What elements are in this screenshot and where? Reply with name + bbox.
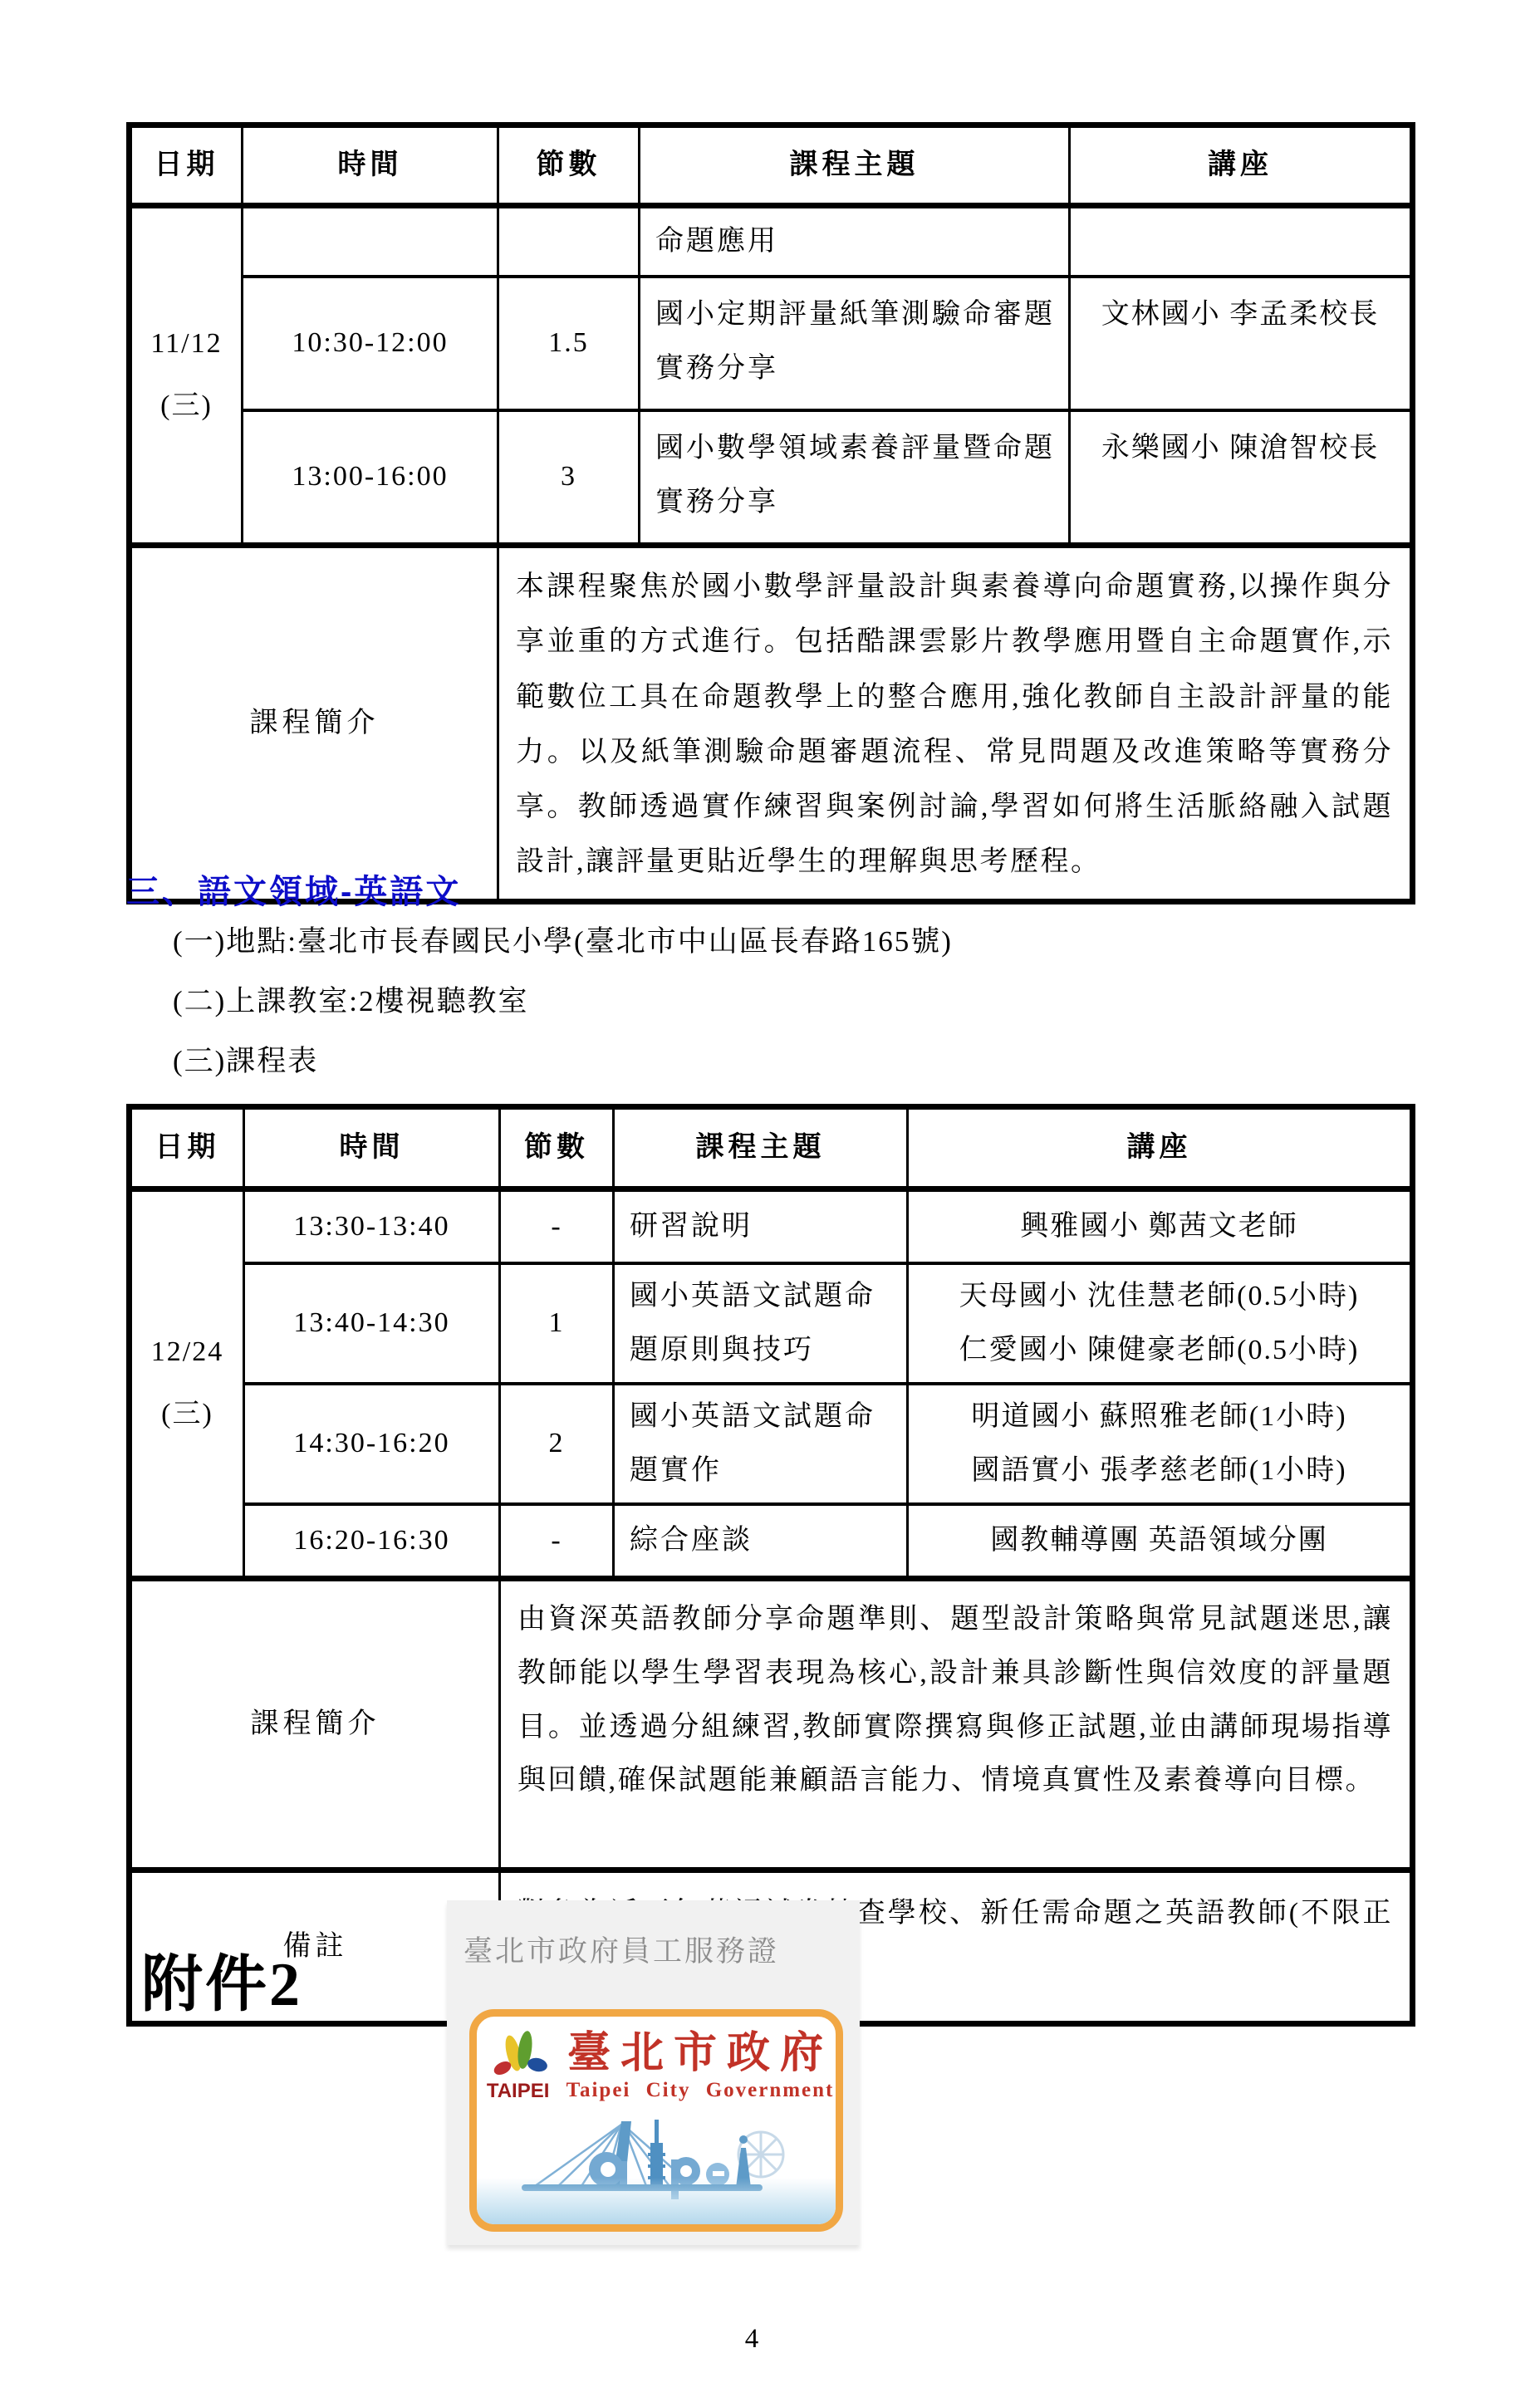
t1-topic-cell: 命題應用 [640,206,1070,277]
table-header-row: 日期 時間 節數 課程主題 講座 [130,1107,1413,1189]
card-title-english: Taipei City Government [566,2079,835,2102]
t1-intro-label: 課程簡介 [130,546,498,902]
table-row: 14:30-16:20 2 國小英語文試題命題實作 明道國小 蘇照雅老師(1小時… [130,1384,1413,1504]
t2-time-cell: 16:20-16:30 [244,1504,500,1579]
t1-intro-text: 本課程聚焦於國小數學評量設計與素養導向命題實務,以操作與分享並重的方式進行。包括… [498,546,1413,902]
t1-topic-cell: 國小數學領域素養評量暨命題實務分享 [640,410,1070,546]
table-row: 12/24 (三) 13:30-13:40 - 研習說明 興雅國小 鄭茜文老師 [130,1189,1413,1264]
t2-periods-cell: 2 [500,1384,614,1504]
t2-intro-text: 由資深英語教師分享命題準則、題型設計策略與常見試題迷思,讓教師能以學生學習表現為… [500,1579,1413,1870]
t1-periods-cell: 1.5 [498,277,640,410]
page-number: 4 [714,2324,789,2355]
t2-header-topic: 課程主題 [614,1107,908,1189]
course-intro-row: 課程簡介 由資深英語教師分享命題準則、題型設計策略與常見試題迷思,讓教師能以學生… [130,1579,1413,1870]
t1-time-cell: 10:30-12:00 [243,277,498,410]
t1-header-periods: 節數 [498,125,640,206]
t1-periods-cell: 3 [498,410,640,546]
t1-date-cell: 11/12 (三) [130,206,243,546]
t2-topic-cell: 國小英語文試題命題原則與技巧 [614,1263,908,1384]
t2-topic-cell: 研習說明 [614,1189,908,1264]
t1-header-topic: 課程主題 [640,125,1070,206]
section-item-location: (一)地點:臺北市長春國民小學(臺北市中山區長春路165號) [173,919,953,960]
t2-topic-cell: 綜合座談 [614,1504,908,1579]
course-intro-row: 課程簡介 本課程聚焦於國小數學評量設計與素養導向命題實務,以操作與分享並重的方式… [130,546,1413,902]
t1-header-speaker: 講座 [1070,125,1413,206]
english-course-table: 日期 時間 節數 課程主題 講座 12/24 (三) 13:30-13:40 -… [126,1104,1415,2027]
table-row: 16:20-16:30 - 綜合座談 國教輔導團 英語領域分團 [130,1504,1413,1579]
t2-periods-cell: - [500,1189,614,1264]
table-row: 13:00-16:00 3 國小數學領域素養評量暨命題實務分享 永樂國小 陳滄智… [130,410,1413,546]
t2-header-speaker: 講座 [908,1107,1413,1189]
t2-topic-cell: 國小英語文試題命題實作 [614,1384,908,1504]
t2-date-cell: 12/24 (三) [130,1189,244,1579]
t1-speaker-cell [1070,206,1413,277]
t1-time-cell [243,206,498,277]
card-title-chinese: 臺北市政府 [567,2030,833,2077]
taipei-logo-text: TAIPEI [487,2080,550,2103]
t2-speaker-cell: 國教輔導團 英語領域分團 [908,1504,1413,1579]
t2-intro-label: 課程簡介 [130,1579,500,1870]
t1-topic-cell: 國小定期評量紙筆測驗命審題實務分享 [640,277,1070,410]
card-logo-row: TAIPEI 臺北市政府 Taipei City Government [477,2030,836,2103]
t2-time-cell: 13:40-14:30 [244,1263,500,1384]
math-course-table: 日期 時間 節數 課程主題 講座 11/12 (三) 命題應用 10:30-12… [126,122,1415,904]
card-title-block: 臺北市政府 Taipei City Government [566,2030,835,2102]
t1-header-time: 時間 [243,125,498,206]
table-row: 11/12 (三) 命題應用 [130,206,1413,277]
attachment-label: 附件2 [141,1935,302,2023]
document-page: 日期 時間 節數 課程主題 講座 11/12 (三) 命題應用 10:30-12… [0,0,1540,2402]
table-header-row: 日期 時間 節數 課程主題 講座 [130,125,1413,206]
t1-time-cell: 13:00-16:00 [243,410,498,546]
t2-periods-cell: - [500,1504,614,1579]
t2-header-date: 日期 [130,1107,244,1189]
taipei-id-card: TAIPEI 臺北市政府 Taipei City Government [469,2009,843,2232]
table-row: 13:40-14:30 1 國小英語文試題命題原則與技巧 天母國小 沈佳慧老師(… [130,1263,1413,1384]
employee-card-caption: 臺北市政府員工服務證 [463,1929,779,1970]
t2-time-cell: 14:30-16:20 [244,1384,500,1504]
section-title: 三、語文領域-英語文 [126,865,461,913]
t1-periods-cell [498,206,640,277]
section-item-schedule: (三)課程表 [173,1038,318,1080]
t2-header-time: 時間 [244,1107,500,1189]
t1-header-date: 日期 [130,125,243,206]
section-item-classroom: (二)上課教室:2樓視聽教室 [173,978,529,1020]
t2-speaker-cell: 天母國小 沈佳慧老師(0.5小時) 仁愛國小 陳健豪老師(0.5小時) [908,1263,1413,1384]
t2-speaker-cell: 明道國小 蘇照雅老師(1小時) 國語實小 張孝慈老師(1小時) [908,1384,1413,1504]
t1-speaker-cell: 文林國小 李孟柔校長 [1070,277,1413,410]
card-bottom-gradient [477,2178,836,2224]
employee-card-panel: 臺北市政府員工服務證 TAIPEI 臺北市政府 Taipei City Gove… [447,1900,860,2245]
table-row: 10:30-12:00 1.5 國小定期評量紙筆測驗命審題實務分享 文林國小 李… [130,277,1413,410]
t2-periods-cell: 1 [500,1263,614,1384]
t2-time-cell: 13:30-13:40 [244,1189,500,1264]
taipei-blossom-logo-icon: TAIPEI [478,2030,558,2103]
t2-speaker-cell: 興雅國小 鄭茜文老師 [908,1189,1413,1264]
t1-speaker-cell: 永樂國小 陳滄智校長 [1070,410,1413,546]
t2-header-periods: 節數 [500,1107,614,1189]
